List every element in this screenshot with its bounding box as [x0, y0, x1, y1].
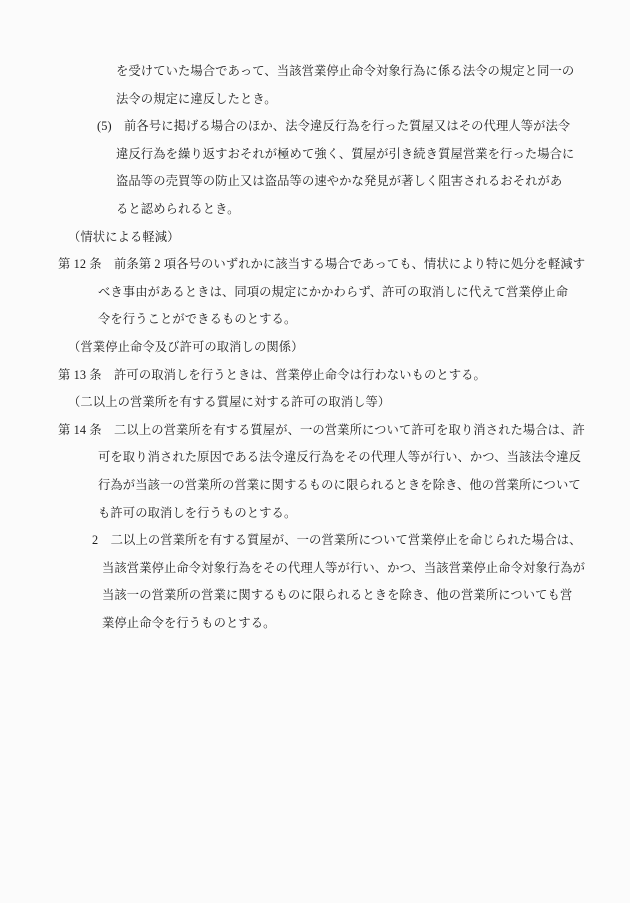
- document-line: （二以上の営業所を有する質屋に対する許可の取消し等）: [58, 389, 603, 417]
- document-line: 違反行為を繰り返すおそれが極めて強く、質屋が引き続き質屋営業を行った場合に: [58, 141, 603, 169]
- document-line: べき事由があるときは、同項の規定にかかわらず、許可の取消しに代えて営業停止命: [58, 279, 603, 307]
- document-line: 盗品等の売買等の防止又は盗品等の速やかな発見が著しく阻害されるおそれがあ: [58, 168, 603, 196]
- document-line: 法令の規定に違反したとき。: [58, 86, 603, 114]
- page: を受けていた場合であって、当該営業停止命令対象行為に係る法令の規定と同一の法令の…: [0, 0, 630, 903]
- document-line: も許可の取消しを行うものとする。: [58, 500, 603, 528]
- document-line: 2 二以上の営業所を有する質屋が、一の営業所について営業停止を命じられた場合は、: [58, 527, 603, 555]
- document-line: 令を行うことができるものとする。: [58, 306, 603, 334]
- document-body: を受けていた場合であって、当該営業停止命令対象行為に係る法令の規定と同一の法令の…: [58, 58, 603, 637]
- document-line: (5) 前各号に掲げる場合のほか、法令違反行為を行った質屋又はその代理人等が法令: [58, 113, 603, 141]
- document-line: 業停止命令を行うものとする。: [58, 610, 603, 638]
- document-line: 第 14 条 二以上の営業所を有する質屋が、一の営業所について許可を取り消された…: [58, 417, 603, 445]
- document-line: 第 12 条 前条第 2 項各号のいずれかに該当する場合であっても、情状により特…: [58, 251, 603, 279]
- document-line: （情状による軽減）: [58, 224, 603, 252]
- document-line: 当該営業停止命令対象行為をその代理人等が行い、かつ、当該営業停止命令対象行為が: [58, 555, 603, 583]
- document-line: 当該一の営業所の営業に関するものに限られるときを除き、他の営業所についても営: [58, 582, 603, 610]
- document-line: 行為が当該一の営業所の営業に関するものに限られるときを除き、他の営業所について: [58, 472, 603, 500]
- document-line: 第 13 条 許可の取消しを行うときは、営業停止命令は行わないものとする。: [58, 362, 603, 390]
- document-line: 可を取り消された原因である法令違反行為をその代理人等が行い、かつ、当該法令違反: [58, 444, 603, 472]
- document-line: ると認められるとき。: [58, 196, 603, 224]
- document-line: （営業停止命令及び許可の取消しの関係）: [58, 334, 603, 362]
- document-line: を受けていた場合であって、当該営業停止命令対象行為に係る法令の規定と同一の: [58, 58, 603, 86]
